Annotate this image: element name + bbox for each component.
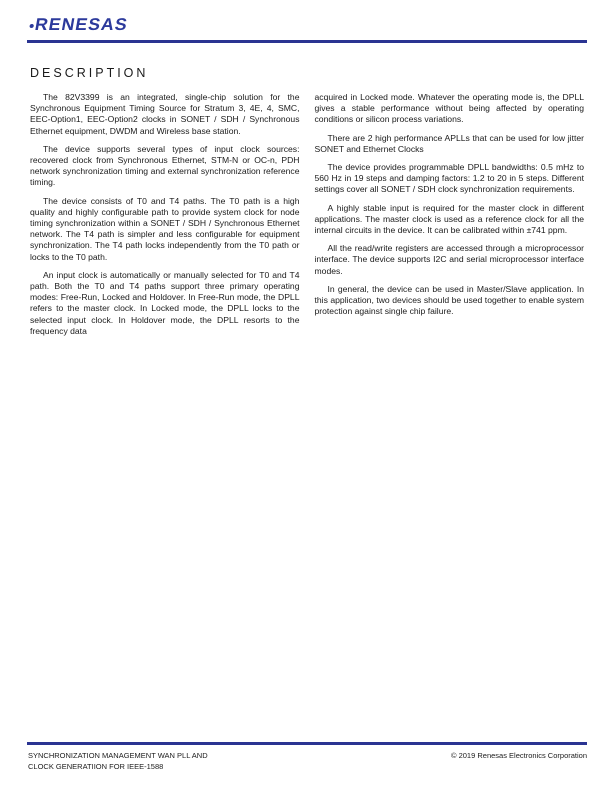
logo-dot-icon xyxy=(29,24,34,28)
footer-copyright: © 2019 Renesas Electronics Corporation xyxy=(451,750,587,761)
paragraph: The 82V3399 is an integrated, single-chi… xyxy=(30,92,300,137)
paragraph: All the read/write registers are accesse… xyxy=(315,243,585,277)
datasheet-page: RENESAS DESCRIPTION The 82V3399 is an in… xyxy=(0,0,612,792)
paragraph: The device consists of T0 and T4 paths. … xyxy=(30,196,300,263)
left-column: The 82V3399 is an integrated, single-chi… xyxy=(30,92,300,344)
page-title: DESCRIPTION xyxy=(30,66,584,80)
description-section: DESCRIPTION The 82V3399 is an integrated… xyxy=(30,66,584,344)
paragraph: In general, the device can be used in Ma… xyxy=(315,284,585,318)
right-column: acquired in Locked mode. Whatever the op… xyxy=(315,92,585,324)
footer-rule xyxy=(27,742,587,745)
paragraph: An input clock is automatically or manua… xyxy=(30,270,300,337)
footer-title-line-2: CLOCK GENERATIION FOR IEEE-1588 xyxy=(28,761,208,772)
paragraph: The device supports several types of inp… xyxy=(30,144,300,189)
description-columns: The 82V3399 is an integrated, single-chi… xyxy=(30,92,584,344)
paragraph: A highly stable input is required for th… xyxy=(315,203,585,237)
paragraph: acquired in Locked mode. Whatever the op… xyxy=(315,92,585,126)
paragraph: There are 2 high performance APLLs that … xyxy=(315,133,585,155)
footer-document-title: SYNCHRONIZATION MANAGEMENT WAN PLL AND C… xyxy=(28,750,208,772)
logo-text: RENESAS xyxy=(33,15,129,34)
footer-title-line-1: SYNCHRONIZATION MANAGEMENT WAN PLL AND xyxy=(28,750,208,761)
renesas-logo: RENESAS xyxy=(28,15,129,35)
paragraph: The device provides programmable DPLL ba… xyxy=(315,162,585,196)
header-rule xyxy=(27,40,587,43)
